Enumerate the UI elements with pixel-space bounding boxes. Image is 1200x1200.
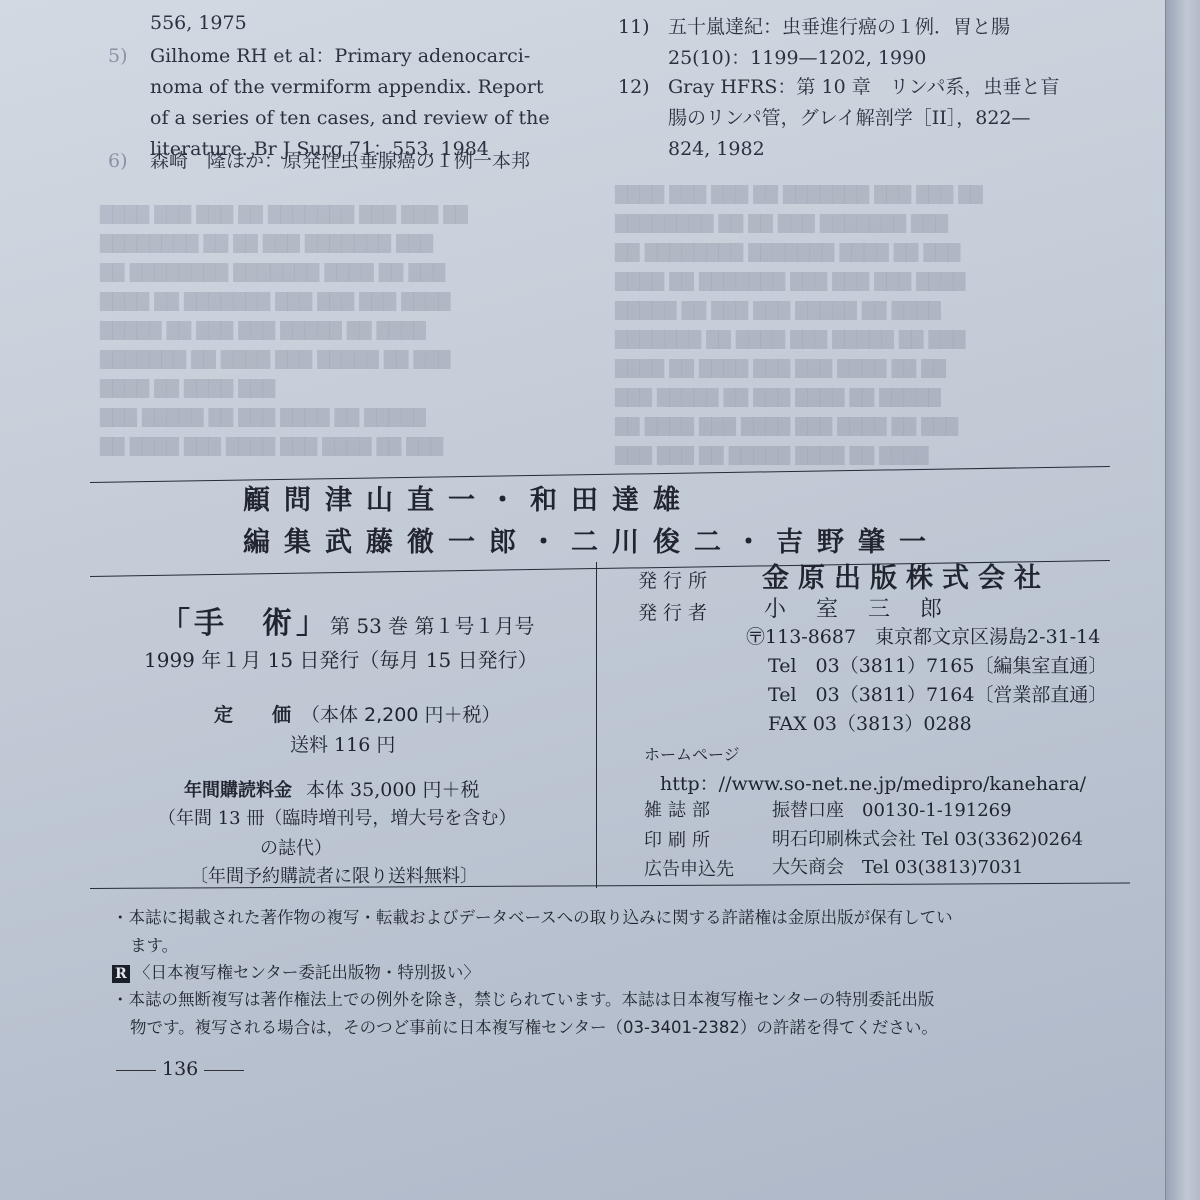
reference-line: 556, 1975	[150, 8, 247, 39]
magazine-dept-value: 振替口座 00130-1-191269	[772, 796, 1012, 822]
ads-value: 大矢商会 Tel 03(3813)7031	[772, 853, 1023, 879]
magazine-dept-label: 雑誌部	[644, 796, 716, 822]
notice-line-2: ます。	[130, 932, 178, 956]
annual-price: 本体 35,000 円＋税	[306, 779, 480, 801]
reference-line: 五十嵐達紀：虫垂進行癌の１例．胃と腸	[668, 12, 1010, 43]
annual-note-2: の誌代）	[260, 834, 332, 860]
reference-11: 11) 五十嵐達紀：虫垂進行癌の１例．胃と腸 25(10)：1199—1202,…	[668, 12, 1010, 74]
notice-r-text: 〈日本複写権センター委託出版物・特別扱い〉	[134, 963, 480, 982]
printer-label: 印刷所	[644, 826, 716, 852]
reference-line: noma of the vermiform appendix. Report	[150, 72, 550, 103]
address: 113-8687 東京都文京区湯島2-31-14	[765, 626, 1100, 648]
reference-6: 6) 森崎 隆ほか：原発性虫垂腺癌の１例一本邦	[150, 146, 530, 177]
journal-title: 「手 術」	[160, 606, 330, 641]
publisher-name: 金原出版株式会社	[762, 556, 1050, 595]
postal-mark-icon: 〶	[746, 626, 765, 648]
advisors: 顧問津山直一・和田達雄	[243, 478, 694, 517]
issuer-label: 発行者	[638, 598, 713, 625]
notice-line-3: R〈日本複写権センター委託出版物・特別扱い〉	[112, 959, 480, 983]
editors: 編集武藤徹一郎・二川俊二・吉野肇一	[243, 520, 940, 559]
reference-number: 5)	[108, 41, 128, 72]
notice-line-1: ・本誌に掲載された著作物の複写・転載およびデータベースへの取り込みに関する許諾権…	[112, 904, 953, 928]
annual-note-3: 〔年間予約購読者に限り送料無料〕	[190, 862, 478, 888]
ads-label: 広告申込先	[644, 855, 734, 881]
price-label: 定 価	[214, 704, 301, 726]
price-value: （本体 2,200 円＋税）	[301, 704, 500, 726]
volume-issue: 第 53 巻 第１号１月号	[330, 614, 535, 638]
tel-sales: Tel 03（3811）7164〔営業部直通〕	[768, 680, 1107, 707]
reference-line: Gilhome RH et al：Primary adenocarci-	[150, 41, 550, 72]
price-line: 定 価（本体 2,200 円＋税）	[214, 700, 501, 727]
page-number-line: 136	[110, 1058, 250, 1080]
show-through-text-left: ████ ███ ███ ██ ███████ ███ ███ ████████…	[100, 200, 570, 461]
divider-vertical	[596, 562, 597, 888]
reference-12: 12) Gray HFRS：第 10 章 リンパ系，虫垂と盲 腸のリンパ管，グレ…	[668, 72, 1059, 165]
reference-number: 12)	[618, 72, 650, 103]
publisher-label: 発行所	[638, 566, 713, 593]
reference-number: 6)	[108, 146, 128, 177]
reference-line: Gray HFRS：第 10 章 リンパ系，虫垂と盲	[668, 72, 1059, 103]
notice-line-5: 物です。複写される場合は，そのつど事前に日本複写権センター（03-3401-23…	[130, 1014, 938, 1038]
page-edge	[1165, 0, 1200, 1200]
address-line: 〶113-8687 東京都文京区湯島2-31-14	[746, 622, 1100, 649]
notice-line-4: ・本誌の無断複写は著作権法上での例外を除き，禁じられています。本誌は日本複写権セ…	[112, 986, 934, 1010]
issue-date: 1999 年１月 15 日発行（毎月 15 日発行）	[144, 644, 538, 673]
annual-label: 年間購読料金	[184, 780, 292, 801]
journal-title-line: 「手 術」第 53 巻 第１号１月号	[160, 598, 535, 642]
dash-left	[116, 1070, 156, 1071]
reference-line: of a series of ten cases, and review of …	[150, 103, 550, 134]
r-copyright-icon: R	[112, 965, 130, 983]
printer-value: 明石印刷株式会社 Tel 03(3362)0264	[772, 825, 1083, 851]
reference-line: 腸のリンパ管，グレイ解剖学［II］，822—	[668, 103, 1059, 134]
tel-editorial: Tel 03（3811）7165〔編集室直通〕	[768, 651, 1107, 678]
reference-line: 824, 1982	[668, 134, 1059, 165]
issuer-name: 小 室 三 郎	[764, 592, 946, 623]
dash-right	[204, 1070, 244, 1071]
page-number: 136	[162, 1058, 198, 1080]
journal-page: ████ ███ ███ ██ ███████ ███ ███ ████████…	[0, 0, 1165, 1200]
show-through-text-right: ████ ███ ███ ██ ███████ ███ ███ ████████…	[615, 180, 1095, 470]
reference-line: 25(10)：1199—1202, 1990	[668, 43, 1010, 74]
reference-line: 森崎 隆ほか：原発性虫垂腺癌の１例一本邦	[150, 146, 530, 177]
fax: FAX 03（3813）0288	[768, 709, 972, 736]
reference-continuation: 556, 1975	[150, 8, 247, 39]
reference-number: 11)	[618, 12, 650, 43]
homepage-url: http：//www.so-net.ne.jp/medipro/kanehara…	[660, 769, 1086, 796]
annual-note-1: （年間 13 冊（臨時増刊号，増大号を含む）	[158, 804, 516, 830]
annual-subscription-line: 年間購読料金本体 35,000 円＋税	[184, 775, 480, 802]
shipping-fee: 送料 116 円	[290, 730, 395, 757]
homepage-label: ホームページ	[644, 742, 740, 765]
